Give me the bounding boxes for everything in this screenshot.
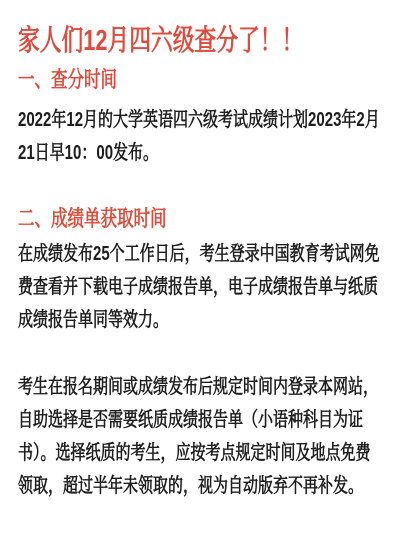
note-page: 家人们12月四六级查分了！！ 一、查分时间 2022年12月的大学英语四六级考试…: [0, 0, 400, 533]
post-title: 家人们12月四六级查分了！！: [18, 24, 392, 59]
paragraph-electronic-report: 在成绩发布25个工作日后，考生登录中国教育考试网免 费查看并下载电子成绩报告单，…: [18, 238, 392, 337]
section-heading-check-score-time: 一、查分时间: [18, 67, 392, 93]
section-heading-report-card-time: 二、成绩单获取时间: [18, 206, 392, 232]
paragraph-score-release-time: 2022年12月的大学英语四六级考试成绩计划2023年2月 21日早10：00发…: [18, 104, 392, 170]
note-content: 家人们12月四六级查分了！！ 一、查分时间 2022年12月的大学英语四六级考试…: [0, 0, 400, 533]
paragraph-paper-report: 考生在报名期间或成绩发布后规定时间内登录本网站， 自助选择是否需要纸质成绩报告单…: [18, 371, 392, 503]
